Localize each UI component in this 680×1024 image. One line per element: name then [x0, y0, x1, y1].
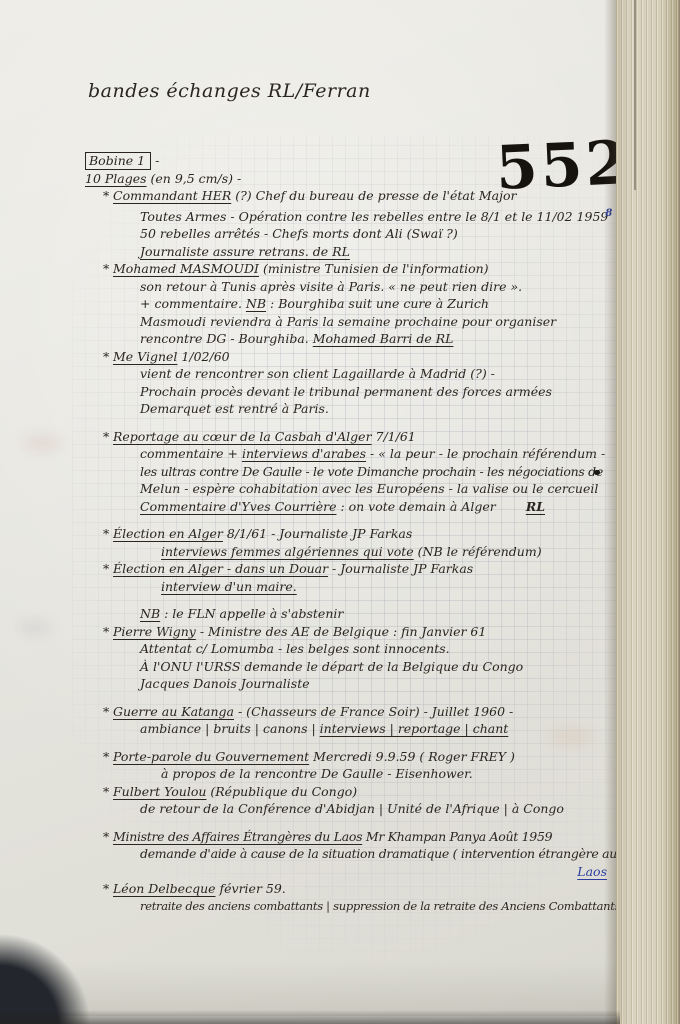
handwriting-line: Jacques Danois Journaliste	[140, 675, 615, 693]
line-text: Prochain procès devant le tribunal perma…	[140, 384, 552, 399]
bullet-mark: *	[103, 428, 113, 446]
line-underlined-text: interviews d'arabes	[242, 446, 366, 461]
line-text-tail: : Bourghiba suit une cure à Zurich	[266, 296, 489, 311]
bullet-mark: *	[103, 525, 113, 543]
line-text-tail: - « la peur - le prochain référendum -	[366, 446, 605, 461]
handwriting-line: à propos de la rencontre De Gaulle - Eis…	[161, 765, 615, 783]
line-text: À l'ONU l'URSS demande le départ de la B…	[140, 659, 523, 674]
page-title: bandes échanges RL/Ferran	[88, 80, 371, 102]
line-underlined-text: Fulbert Youlou	[113, 784, 206, 799]
handwriting-line: *Élection en Alger - dans un Douar - Jou…	[115, 560, 615, 578]
handwriting-line: de retour de la Conférence d'Abidjan | U…	[140, 800, 615, 818]
handwriting-line: Commentaire d'Yves Courrière : on vote d…	[140, 498, 615, 516]
handwriting-line: *Pierre Wigny - Ministre des AE de Belgi…	[115, 623, 615, 641]
handwriting-line: NB : le FLN appelle à s'abstenir	[140, 605, 615, 623]
line-text-tail: (en 9,5 cm/s) -	[147, 171, 242, 186]
handwriting-line: *Ministre des Affaires Étrangères du Lao…	[115, 828, 615, 846]
handwriting-line: rencontre DG - Bourghiba. Mohamed Barri …	[140, 330, 615, 348]
line-text: Jacques Danois Journaliste	[140, 676, 310, 691]
line-underlined-text: Journaliste assure retrans. de RL	[140, 244, 350, 259]
line-right-annotation: RL	[526, 498, 545, 516]
line-underlined-text: Bobine 1	[85, 152, 151, 170]
line-underlined-text: NB	[140, 606, 160, 621]
line-text: retraite des anciens combattants | suppr…	[140, 899, 624, 913]
line-underlined-text: Porte-parole du Gouvernement	[113, 749, 309, 764]
line-text: ambiance | bruits | canons |	[140, 721, 320, 736]
bullet-mark: *	[103, 348, 113, 366]
line-underlined-text: Mohamed MASMOUDI	[113, 261, 259, 276]
line-underlined-text: Pierre Wigny	[113, 624, 196, 639]
photo-bottom-shadow	[0, 1010, 620, 1024]
handwriting-line: retraite des anciens combattants | suppr…	[140, 898, 615, 916]
line-underlined-text: Ministre des Affaires Étrangères du Laos	[113, 829, 362, 844]
line-text: de retour de la Conférence d'Abidjan | U…	[140, 801, 564, 816]
handwriting-line: interviews femmes algériennes qui vote (…	[161, 543, 615, 561]
line-underlined-text: Élection en Alger - dans un Douar	[113, 561, 328, 576]
handwriting-line: Attentat c/ Lomumba - les belges sont in…	[140, 640, 615, 658]
page-edge-shadow	[604, 0, 616, 1024]
line-text: Toutes Armes - Opération contre les rebe…	[140, 209, 608, 224]
line-underlined-text: Commandant HER	[113, 188, 231, 203]
bullet-mark: *	[103, 880, 113, 898]
line-text-tail: 1/02/60	[177, 349, 229, 364]
line-text: Demarquet est rentré à Paris.	[140, 401, 329, 416]
bullet-mark: *	[103, 783, 113, 801]
line-text: les ultras contre De Gaulle - le vote Di…	[140, 464, 603, 479]
line-text: Melun - espère cohabitation avec les Eur…	[140, 481, 598, 496]
line-underlined-text: Reportage au cœur de la Casbah d'Alger	[113, 429, 372, 444]
line-underlined-text: 10 Plages	[85, 171, 147, 186]
handwriting-line: vient de rencontrer son client Lagaillar…	[140, 365, 615, 383]
line-underlined-text: Me Vignel	[113, 349, 177, 364]
handwriting-line: *Élection en Alger 8/1/61 - Journaliste …	[115, 525, 615, 543]
bullet-mark: *	[103, 828, 113, 846]
handwriting-line: *Commandant HER (?) Chef du bureau de pr…	[115, 187, 615, 205]
line-underlined-text: NB	[246, 296, 266, 311]
line-text: Masmoudi reviendra à Paris la semaine pr…	[140, 314, 556, 329]
handwriting-line: les ultras contre De Gaulle - le vote Di…	[140, 463, 615, 481]
handwriting-line: *Fulbert Youlou (République du Congo)	[115, 783, 615, 801]
line-text: Attentat c/ Lomumba - les belges sont in…	[140, 641, 450, 656]
line-text-tail: 7/1/61	[372, 429, 416, 444]
handwriting-line: Toutes Armes - Opération contre les rebe…	[140, 205, 615, 226]
line-text: 50 rebelles arrêtés - Chefs morts dont A…	[140, 226, 458, 241]
line-underlined-text: interviews femmes algériennes qui vote	[161, 544, 414, 559]
handwritten-notes: Bobine 1 - 10 Plages (en 9,5 cm/s) - *Co…	[85, 152, 615, 915]
line-text-tail: Mr Khampan Panya Août 1959	[362, 829, 552, 844]
book-fore-edge	[616, 0, 680, 1024]
line-text-tail: février 59.	[216, 881, 286, 896]
handwriting-line: + commentaire. NB : Bourghiba suit une c…	[140, 295, 615, 313]
paper-smudge	[18, 620, 52, 634]
handwriting-line: demande d'aide à cause de la situation d…	[140, 845, 615, 863]
handwriting-line: Masmoudi reviendra à Paris la semaine pr…	[140, 313, 615, 331]
line-text: rencontre DG - Bourghiba.	[140, 331, 313, 346]
line-text: vient de rencontrer son client Lagaillar…	[140, 366, 495, 381]
bullet-mark: *	[103, 560, 113, 578]
handwriting-line: *Mohamed MASMOUDI (ministre Tunisien de …	[115, 260, 615, 278]
line-text-tail: -	[151, 153, 159, 168]
line-underlined-text: Commentaire d'Yves Courrière	[140, 499, 336, 514]
line-text: à propos de la rencontre De Gaulle - Eis…	[161, 766, 473, 781]
handwriting-line: interview d'un maire.	[161, 578, 615, 596]
notebook-page: bandes échanges RL/Ferran 552 Bobine 1 -…	[0, 0, 680, 1024]
handwriting-line: Bobine 1 -	[85, 152, 615, 170]
line-text-tail: (NB le référendum)	[414, 544, 542, 559]
handwriting-line: *Léon Delbecque février 59.	[115, 880, 615, 898]
line-text-tail: : on vote demain à Alger	[336, 499, 495, 514]
handwriting-line: *Guerre au Katanga - (Chasseurs de Franc…	[115, 703, 615, 721]
bullet-mark: *	[103, 260, 113, 278]
handwriting-line: 50 rebelles arrêtés - Chefs morts dont A…	[140, 225, 615, 243]
line-underlined-text: Mohamed Barri de RL	[313, 331, 454, 346]
line-underlined-text: interviews | reportage | chant	[320, 721, 509, 736]
line-text-tail: (République du Congo)	[206, 784, 357, 799]
paper-smudge	[22, 435, 62, 451]
line-underlined-text: Léon Delbecque	[113, 881, 216, 896]
line-text-tail: 8/1/61 - Journaliste JP Farkas	[223, 526, 412, 541]
line-text-tail: Mercredi 9.9.59 ( Roger FREY )	[309, 749, 515, 764]
line-text-tail: (ministre Tunisien de l'information)	[259, 261, 489, 276]
line-underlined-text: Élection en Alger	[113, 526, 223, 541]
line-text-tail: - Ministre des AE de Belgique : fin Janv…	[196, 624, 486, 639]
handwriting-line: À l'ONU l'URSS demande le départ de la B…	[140, 658, 615, 676]
handwriting-line: son retour à Tunis après visite à Paris.…	[140, 278, 615, 296]
handwriting-line: commentaire + interviews d'arabes - « la…	[140, 445, 615, 463]
handwriting-line: Melun - espère cohabitation avec les Eur…	[140, 480, 615, 498]
handwriting-line: Demarquet est rentré à Paris.	[140, 400, 615, 418]
line-text-tail: - (Chasseurs de France Soir) - Juillet 1…	[234, 704, 513, 719]
bullet-mark: *	[103, 187, 113, 205]
line-text-tail: - Journaliste JP Farkas	[328, 561, 473, 576]
line-text: + commentaire.	[140, 296, 246, 311]
paper-smudge	[548, 728, 594, 746]
line-underlined-text: Guerre au Katanga	[113, 704, 234, 719]
handwriting-line: *Reportage au cœur de la Casbah d'Alger …	[115, 428, 615, 446]
line-text-tail: : le FLN appelle à s'abstenir	[160, 606, 343, 621]
bullet-mark: *	[103, 623, 113, 641]
bullet-mark: *	[103, 703, 113, 721]
line-text: demande d'aide à cause de la situation d…	[140, 846, 625, 861]
line-underlined-text: interview d'un maire.	[161, 579, 297, 594]
line-underlined-text: Laos	[577, 864, 607, 879]
handwriting-line: *Porte-parole du Gouvernement Mercredi 9…	[115, 748, 615, 766]
line-text: commentaire +	[140, 446, 242, 461]
line-text: son retour à Tunis après visite à Paris.…	[140, 279, 522, 294]
line-text-tail: (?) Chef du bureau de presse de l'état M…	[231, 188, 516, 203]
handwriting-line: Prochain procès devant le tribunal perma…	[140, 383, 615, 401]
handwriting-line: ambiance | bruits | canons | interviews …	[140, 720, 615, 738]
bullet-mark: *	[103, 748, 113, 766]
ink-blot	[594, 470, 600, 475]
handwriting-line: Journaliste assure retrans. de RL	[140, 243, 615, 261]
handwriting-line: Laos	[140, 863, 615, 881]
book-photo: bandes échanges RL/Ferran 552 Bobine 1 -…	[0, 0, 680, 1024]
handwriting-line: *Me Vignel 1/02/60	[115, 348, 615, 366]
handwriting-line: 10 Plages (en 9,5 cm/s) -	[85, 170, 615, 188]
fore-edge-crease	[634, 0, 636, 190]
